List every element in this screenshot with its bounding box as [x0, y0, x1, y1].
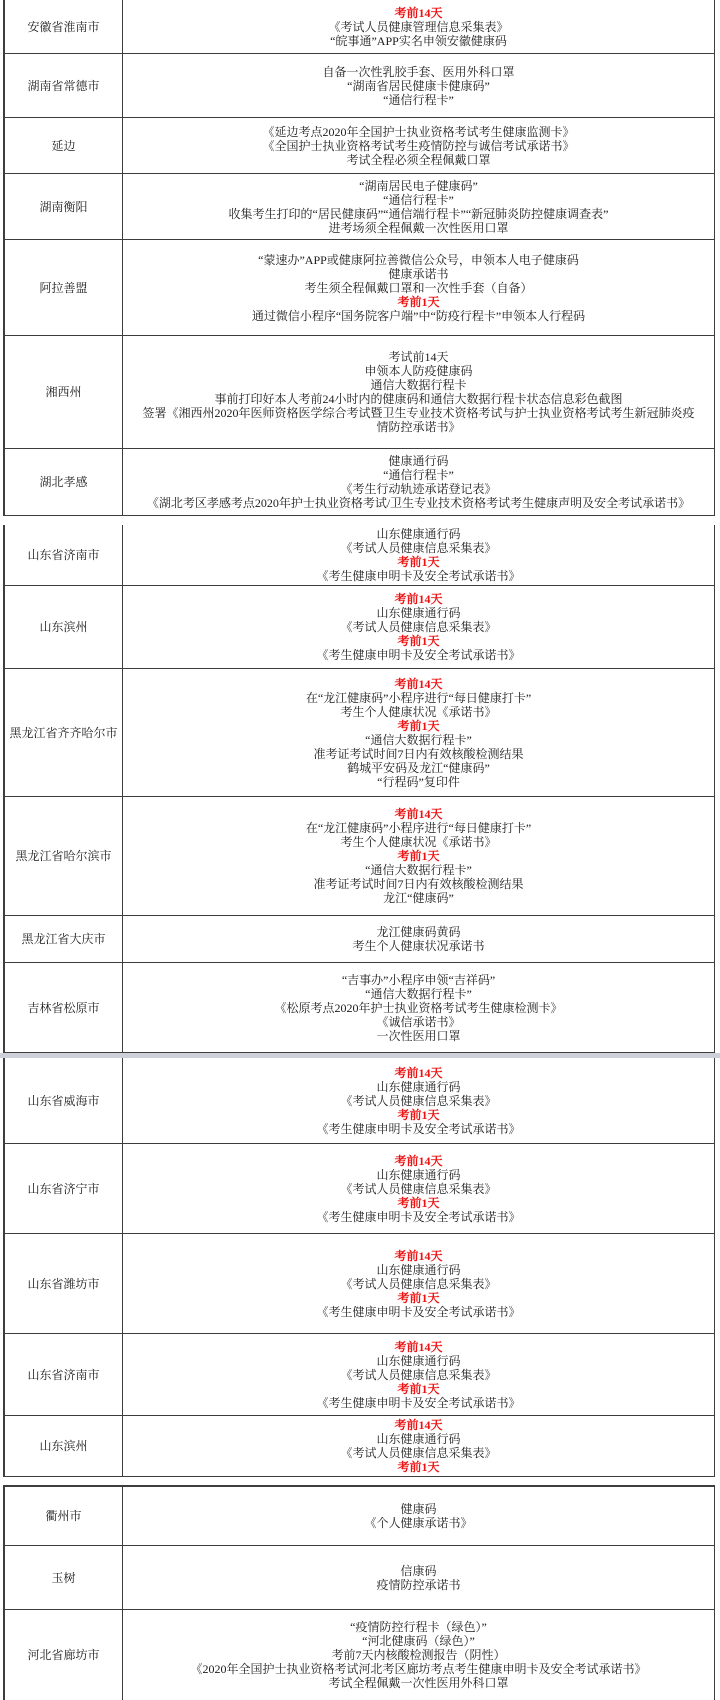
deadline-highlight: 考前1天 [397, 1291, 439, 1305]
region-name: 衢州市 [5, 1487, 123, 1545]
table-row: 玉树 信康码疫情防控承诺书 [5, 1546, 714, 1610]
requirements-list: 考前14天山东健康通行码《考试人员健康信息采集表》考前1天《考生健康申明卡及安全… [123, 586, 714, 668]
region-name: 吉林省松原市 [5, 963, 123, 1052]
requirement-line: 《考生健康申明卡及安全考试承诺书》 [316, 1122, 520, 1136]
requirements-list: 考前14天在“龙江健康码”小程序进行“每日健康打卡”考生个人健康状况《承诺书》考… [123, 669, 714, 796]
requirement-line: “通信大数据行程卡” [365, 863, 472, 877]
table-row: 湖北孝感 健康通行码“通信行程卡”《考生行动轨迹承诺登记表》《湖北考区孝感考点2… [5, 449, 714, 516]
requirements-list: “蒙速办”APP或健康阿拉善微信公众号，申领本人电子健康码健康承诺书考生须全程佩… [123, 240, 714, 335]
region-name: 安徽省淮南市 [5, 0, 123, 53]
requirements-list: 龙江健康码黄码考生个人健康状况承诺书 [123, 916, 714, 962]
region-name: 延边 [5, 118, 123, 173]
requirement-line: “湖南居民电子健康码” [359, 179, 478, 193]
requirements-list: “疫情防控行程卡（绿色）”“河北健康码（绿色）”考前7天内核酸检测报告（阴性）《… [123, 1610, 714, 1700]
section-gap [0, 516, 720, 525]
requirement-line: 鹤城平安码及龙江“健康码” [347, 761, 490, 775]
requirement-line: 《考试人员健康信息采集表》 [340, 1182, 496, 1196]
table-row: 山东省济南市 考前14天山东健康通行码《考试人员健康信息采集表》考前1天《考生健… [5, 1334, 714, 1416]
requirement-line: 山东健康通行码 [376, 1168, 460, 1182]
requirement-line: 山东健康通行码 [376, 1354, 460, 1368]
requirements-table-section-2: 山东省济南市 山东健康通行码《考试人员健康信息采集表》考前1天《考生健康申明卡及… [3, 525, 715, 1053]
requirement-line: 收集考生打印的“居民健康码”“通信端行程卡”“新冠肺炎防控健康调查表” [229, 207, 609, 221]
requirement-line: 《考生健康申明卡及安全考试承诺书》 [316, 1396, 520, 1410]
region-name: 湖北孝感 [5, 449, 123, 515]
requirement-line: 事前打印好本人考前24小时内的健康码和通信大数据行程卡状态信息彩色截图 [214, 392, 622, 406]
region-name: 玉树 [5, 1546, 123, 1609]
requirement-line: 在“龙江健康码”小程序进行“每日健康打卡” [306, 691, 531, 705]
requirement-line: 健康码 [400, 1502, 436, 1516]
region-name: 湘西州 [5, 336, 123, 448]
requirement-line: 山东健康通行码 [376, 606, 460, 620]
requirement-line: “蒙速办”APP或健康阿拉善微信公众号，申领本人电子健康码 [258, 253, 579, 267]
requirement-line: 山东健康通行码 [376, 1432, 460, 1446]
requirement-line: 《全国护士执业资格考试考生疫情防控与诚信考试承诺书》 [262, 139, 574, 153]
requirement-line: “通信行程卡” [383, 468, 454, 482]
requirements-list: 考前14天山东健康通行码《考试人员健康信息采集表》考前1天《考生健康申明卡及安全… [123, 1234, 714, 1333]
table-row: 延边 《延边考点2020年全国护士执业资格考试考生健康监测卡》《全国护士执业资格… [5, 118, 714, 174]
requirement-line: 《2020年全国护士执业资格考试河北考区廊坊考点考生健康申明卡及安全考试承诺书》 [190, 1662, 646, 1676]
requirements-list: 健康通行码“通信行程卡”《考生行动轨迹承诺登记表》《湖北考区孝感考点2020年护… [123, 449, 714, 515]
requirement-line: 《考生健康申明卡及安全考试承诺书》 [316, 1305, 520, 1319]
table-row: 山东省威海市 考前14天山东健康通行码《考试人员健康信息采集表》考前1天《考生健… [5, 1058, 714, 1144]
requirements-table-section-1: 安徽省淮南市 考前14天《考试人员健康管理信息采集表》“皖事通”APP实名申领安… [3, 0, 715, 516]
requirements-list: “湖南居民电子健康码”“通信行程卡”收集考生打印的“居民健康码”“通信端行程卡”… [123, 174, 714, 239]
requirement-line: 考生个人健康状况《承诺书》 [340, 705, 496, 719]
deadline-highlight: 考前1天 [397, 634, 439, 648]
table-row: 吉林省松原市 “吉事办”小程序申领“吉祥码”“通信大数据行程卡”《松原考点202… [5, 963, 714, 1053]
requirement-line: “通信大数据行程卡” [365, 733, 472, 747]
table-row: 山东省济宁市 考前14天山东健康通行码《考试人员健康信息采集表》考前1天《考生健… [5, 1144, 714, 1234]
requirement-line: 《考试人员健康信息采集表》 [340, 1446, 496, 1460]
requirement-line: 《诚信承诺书》 [376, 1015, 460, 1029]
table-row: 安徽省淮南市 考前14天《考试人员健康管理信息采集表》“皖事通”APP实名申领安… [5, 0, 714, 54]
requirement-line: 考生个人健康状况《承诺书》 [340, 835, 496, 849]
requirement-line: 《湖北考区孝感考点2020年护士执业资格考试/卫生专业技术资格考试考生健康声明及… [147, 496, 690, 510]
table-row: 湖南省常德市 自备一次性乳胶手套、医用外科口罩“湖南省居民健康卡健康码”“通信行… [5, 54, 714, 118]
requirement-line: 龙江健康码黄码 [376, 925, 460, 939]
requirement-line: 《考试人员健康管理信息采集表》 [328, 20, 508, 34]
requirement-line: 《考试人员健康信息采集表》 [340, 620, 496, 634]
region-name: 河北省廊坊市 [5, 1610, 123, 1700]
requirements-list: 考前14天在“龙江健康码”小程序进行“每日健康打卡”考生个人健康状况《承诺书》考… [123, 797, 714, 915]
deadline-highlight: 考前14天 [394, 592, 442, 606]
requirement-line: “河北健康码（绿色）” [362, 1634, 475, 1648]
region-name: 山东省济南市 [5, 1334, 123, 1415]
requirement-line: “通信大数据行程卡” [365, 987, 472, 1001]
requirement-line: 山东健康通行码 [376, 1263, 460, 1277]
requirement-line: “通信行程卡” [383, 193, 454, 207]
requirement-line: 进考场须全程佩戴一次性医用口罩 [328, 221, 508, 235]
deadline-highlight: 考前14天 [394, 1249, 442, 1263]
requirement-line: 《考生健康申明卡及安全考试承诺书》 [316, 1210, 520, 1224]
requirement-line: 准考证考试时间7日内有效核酸检测结果 [313, 747, 523, 761]
region-name: 山东省济南市 [5, 525, 123, 585]
requirements-list: 考前14天山东健康通行码《考试人员健康信息采集表》考前1天 [123, 1416, 714, 1476]
requirement-line: “通信行程卡” [383, 93, 454, 107]
requirement-line: 《考试人员健康信息采集表》 [340, 541, 496, 555]
table-row: 山东滨州 考前14天山东健康通行码《考试人员健康信息采集表》考前1天《考生健康申… [5, 586, 714, 669]
table-row: 黑龙江省齐齐哈尔市 考前14天在“龙江健康码”小程序进行“每日健康打卡”考生个人… [5, 669, 714, 797]
requirement-line: 《考试人员健康信息采集表》 [340, 1094, 496, 1108]
requirement-line: 考前7天内核酸检测报告（阴性） [331, 1648, 505, 1662]
requirements-list: 考试前14天申领本人防疫健康码通信大数据行程卡事前打印好本人考前24小时内的健康… [123, 336, 714, 448]
requirements-table-section-4: 衢州市 健康码《个人健康承诺书》 玉树 信康码疫情防控承诺书 河北省廊坊市 “疫… [3, 1485, 715, 1700]
requirement-line: 通信大数据行程卡 [370, 378, 466, 392]
requirement-line: 考试全程必须全程佩戴口罩 [346, 153, 490, 167]
requirement-line: 通过微信小程序“国务院客户端”中“防疫行程卡”申领本人行程码 [252, 309, 585, 323]
requirement-line: “疫情防控行程卡（绿色）” [350, 1620, 487, 1634]
deadline-highlight: 考前14天 [394, 1340, 442, 1354]
requirement-line: 《延边考点2020年全国护士执业资格考试考生健康监测卡》 [262, 125, 574, 139]
table-row: 山东省潍坊市 考前14天山东健康通行码《考试人员健康信息采集表》考前1天《考生健… [5, 1234, 714, 1334]
requirement-line: “皖事通”APP实名申领安徽健康码 [330, 34, 507, 48]
region-name: 黑龙江省齐齐哈尔市 [5, 669, 123, 796]
requirement-line: 考生个人健康状况承诺书 [352, 939, 484, 953]
requirement-line: “吉事办”小程序申领“吉祥码” [342, 973, 495, 987]
deadline-highlight: 考前14天 [394, 677, 442, 691]
requirement-line: “湖南省居民健康卡健康码” [347, 79, 490, 93]
table-row: 阿拉善盟 “蒙速办”APP或健康阿拉善微信公众号，申领本人电子健康码健康承诺书考… [5, 240, 714, 336]
deadline-highlight: 考前1天 [397, 1382, 439, 1396]
requirements-list: 考前14天山东健康通行码《考试人员健康信息采集表》考前1天《考生健康申明卡及安全… [123, 1058, 714, 1143]
requirements-list: 考前14天山东健康通行码《考试人员健康信息采集表》考前1天《考生健康申明卡及安全… [123, 1334, 714, 1415]
deadline-highlight: 考前1天 [397, 1108, 439, 1122]
requirement-line: 《松原考点2020年护士执业资格考试考生健康检测卡》 [274, 1001, 562, 1015]
requirements-list: 山东健康通行码《考试人员健康信息采集表》考前1天《考生健康申明卡及安全考试承诺书… [123, 525, 714, 585]
requirements-list: 考前14天山东健康通行码《考试人员健康信息采集表》考前1天《考生健康申明卡及安全… [123, 1144, 714, 1233]
deadline-highlight: 考前1天 [397, 719, 439, 733]
requirements-table-section-3: 山东省威海市 考前14天山东健康通行码《考试人员健康信息采集表》考前1天《考生健… [3, 1058, 715, 1477]
region-name: 黑龙江省大庆市 [5, 916, 123, 962]
requirements-list: 考前14天《考试人员健康管理信息采集表》“皖事通”APP实名申领安徽健康码 [123, 0, 714, 53]
table-row: 山东滨州 考前14天山东健康通行码《考试人员健康信息采集表》考前1天 [5, 1416, 714, 1477]
requirement-line: 考试前14天 [388, 350, 448, 364]
section-gap [0, 1477, 720, 1485]
deadline-highlight: 考前1天 [397, 1196, 439, 1210]
region-name: 湖南衡阳 [5, 174, 123, 239]
requirement-line: 《考试人员健康信息采集表》 [340, 1368, 496, 1382]
region-name: 山东省济宁市 [5, 1144, 123, 1233]
region-name: 黑龙江省哈尔滨市 [5, 797, 123, 915]
deadline-highlight: 考前1天 [397, 555, 439, 569]
exam-health-requirements-document: 安徽省淮南市 考前14天《考试人员健康管理信息采集表》“皖事通”APP实名申领安… [0, 0, 720, 1700]
requirement-line: 《考生健康申明卡及安全考试承诺书》 [316, 648, 520, 662]
region-name: 湖南省常德市 [5, 54, 123, 117]
requirements-list: 健康码《个人健康承诺书》 [123, 1487, 714, 1545]
requirement-line: 考试全程佩戴一次性医用外科口罩 [328, 1676, 508, 1690]
requirement-line: 信康码 [400, 1564, 436, 1578]
region-name: 山东滨州 [5, 1416, 123, 1476]
table-row: 黑龙江省大庆市 龙江健康码黄码考生个人健康状况承诺书 [5, 916, 714, 963]
requirement-line: 准考证考试时间7日内有效核酸检测结果 [313, 877, 523, 891]
table-row: 河北省廊坊市 “疫情防控行程卡（绿色）”“河北健康码（绿色）”考前7天内核酸检测… [5, 1610, 714, 1700]
requirement-line: 考生须全程佩戴口罩和一次性手套（自备） [304, 281, 532, 295]
table-row: 湖南衡阳 “湖南居民电子健康码”“通信行程卡”收集考生打印的“居民健康码”“通信… [5, 174, 714, 240]
region-name: 阿拉善盟 [5, 240, 123, 335]
region-name: 山东省潍坊市 [5, 1234, 123, 1333]
table-row: 山东省济南市 山东健康通行码《考试人员健康信息采集表》考前1天《考生健康申明卡及… [5, 525, 714, 586]
requirement-line: 《个人健康承诺书》 [364, 1516, 472, 1530]
requirement-line: 一次性医用口罩 [376, 1029, 460, 1043]
requirement-line: 龙江“健康码” [383, 891, 454, 905]
deadline-highlight: 考前1天 [397, 295, 439, 309]
requirement-line: 健康承诺书 [388, 267, 448, 281]
requirement-line: 山东健康通行码 [376, 1080, 460, 1094]
deadline-highlight: 考前14天 [394, 1066, 442, 1080]
requirement-line: 疫情防控承诺书 [376, 1578, 460, 1592]
requirement-line: 自备一次性乳胶手套、医用外科口罩 [322, 65, 514, 79]
deadline-highlight: 考前14天 [394, 1154, 442, 1168]
requirement-line: 健康通行码 [388, 454, 448, 468]
requirement-line: 《考生健康申明卡及安全考试承诺书》 [316, 569, 520, 583]
region-name: 山东省威海市 [5, 1058, 123, 1143]
table-row: 黑龙江省哈尔滨市 考前14天在“龙江健康码”小程序进行“每日健康打卡”考生个人健… [5, 797, 714, 916]
requirement-line: 在“龙江健康码”小程序进行“每日健康打卡” [306, 821, 531, 835]
requirement-line: “行程码”复印件 [377, 775, 460, 789]
requirement-line: 《考试人员健康信息采集表》 [340, 1277, 496, 1291]
requirements-list: 《延边考点2020年全国护士执业资格考试考生健康监测卡》《全国护士执业资格考试考… [123, 118, 714, 173]
requirement-line: 山东健康通行码 [376, 527, 460, 541]
requirement-line: 申领本人防疫健康码 [364, 364, 472, 378]
requirements-list: “吉事办”小程序申领“吉祥码”“通信大数据行程卡”《松原考点2020年护士执业资… [123, 963, 714, 1052]
deadline-highlight: 考前1天 [397, 1460, 439, 1474]
region-name: 山东滨州 [5, 586, 123, 668]
table-row: 衢州市 健康码《个人健康承诺书》 [5, 1487, 714, 1546]
deadline-highlight: 考前14天 [394, 6, 442, 20]
requirements-list: 自备一次性乳胶手套、医用外科口罩“湖南省居民健康卡健康码”“通信行程卡” [123, 54, 714, 117]
deadline-highlight: 考前14天 [394, 1418, 442, 1432]
requirement-line: 签署《湘西州2020年医师资格医学综合考试暨卫生专业技术资格考试与护士执业资格考… [137, 406, 700, 434]
requirement-line: 《考生行动轨迹承诺登记表》 [340, 482, 496, 496]
requirements-list: 信康码疫情防控承诺书 [123, 1546, 714, 1609]
table-row: 湘西州 考试前14天申领本人防疫健康码通信大数据行程卡事前打印好本人考前24小时… [5, 336, 714, 449]
deadline-highlight: 考前1天 [397, 849, 439, 863]
deadline-highlight: 考前14天 [394, 807, 442, 821]
